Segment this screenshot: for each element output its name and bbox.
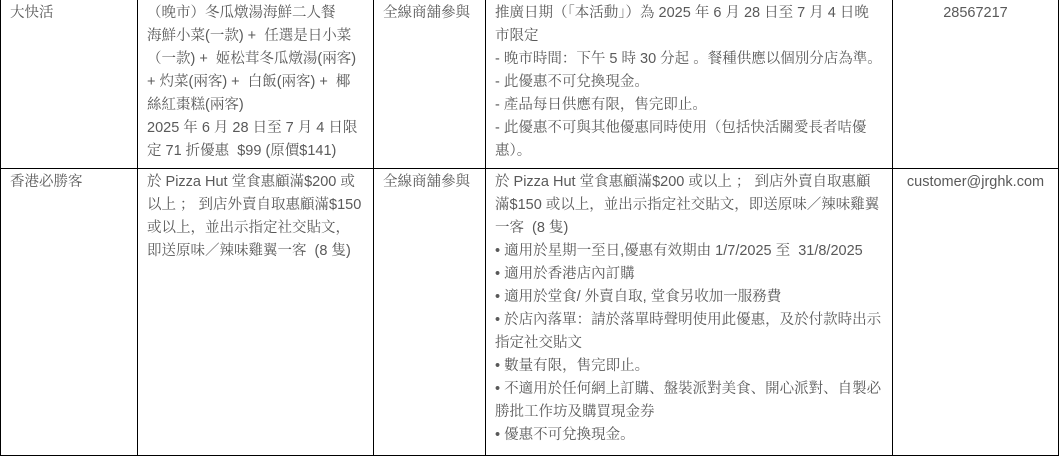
paragraph: • 優惠不可兌換現金。: [495, 424, 883, 447]
paragraph: • 適用於香港店內訂購: [495, 263, 883, 286]
paragraph: 於 Pizza Hut 堂食惠顧滿$200 或以上 ； 到店外賣自取惠顧滿$15…: [147, 171, 364, 263]
cell-terms-and-conditions: 推廣日期（「本活動」）為 2025 年 6 月 28 日至 7 月 4 日晚市限…: [486, 0, 893, 168]
paragraph: 海鮮小菜(一款) + 任選是日小菜（一款) + 姬松茸冬瓜燉湯(兩客) + 灼菜…: [147, 25, 364, 117]
table-row: 香港必勝客於 Pizza Hut 堂食惠顧滿$200 或以上 ； 到店外賣自取惠…: [1, 168, 1059, 455]
table-body: 大快活（晚市）冬瓜燉湯海鮮二人餐海鮮小菜(一款) + 任選是日小菜（一款) + …: [1, 0, 1059, 455]
paragraph: customer@jrghk.com: [902, 171, 1049, 194]
cell-merchant-name: 大快活: [1, 0, 138, 168]
cell-terms-and-conditions: 於 Pizza Hut 堂食惠顧滿$200 或以上 ； 到店外賣自取惠顧滿$15…: [486, 168, 893, 455]
paragraph: 28567217: [902, 2, 1049, 25]
table-row: 大快活（晚市）冬瓜燉湯海鮮二人餐海鮮小菜(一款) + 任選是日小菜（一款) + …: [1, 0, 1059, 168]
paragraph: • 於店內落單：請於落單時聲明使用此優惠，及於付款時出示指定社交貼文: [495, 309, 883, 355]
paragraph: • 適用於堂食/ 外賣自取, 堂食另收加一服務費: [495, 286, 883, 309]
cell-participating-stores: 全線商舖參與: [374, 168, 486, 455]
paragraph: - 此優惠不可與其他優惠同時使用（包括快活關愛長者咭優惠）。: [495, 117, 883, 163]
paragraph: 於 Pizza Hut 堂食惠顧滿$200 或以上 ； 到店外賣自取惠顧滿$15…: [495, 171, 883, 240]
cell-contact: 28567217: [893, 0, 1059, 168]
cell-participating-stores: 全線商舖參與: [374, 0, 486, 168]
paragraph: 全線商舖參與: [383, 171, 476, 194]
promotions-table: 大快活（晚市）冬瓜燉湯海鮮二人餐海鮮小菜(一款) + 任選是日小菜（一款) + …: [0, 0, 1059, 456]
paragraph: - 此優惠不可兌換現金。: [495, 71, 883, 94]
cell-contact: customer@jrghk.com: [893, 168, 1059, 455]
paragraph: • 適用於星期一至日,優惠有效期由 1/7/2025 至 31/8/2025: [495, 240, 883, 263]
paragraph: 香港必勝客: [10, 171, 128, 194]
cell-offer-description: 於 Pizza Hut 堂食惠顧滿$200 或以上 ； 到店外賣自取惠顧滿$15…: [138, 168, 374, 455]
paragraph: （晚市）冬瓜燉湯海鮮二人餐: [147, 2, 364, 25]
paragraph: • 不適用於任何網上訂購、盤裝派對美食、開心派對、自製必勝批工作坊及購買現金券: [495, 378, 883, 424]
paragraph: 大快活: [10, 2, 128, 25]
cell-merchant-name: 香港必勝客: [1, 168, 138, 455]
document-page: 大快活（晚市）冬瓜燉湯海鮮二人餐海鮮小菜(一款) + 任選是日小菜（一款) + …: [0, 0, 1059, 457]
paragraph: 推廣日期（「本活動」）為 2025 年 6 月 28 日至 7 月 4 日晚市限…: [495, 2, 883, 48]
paragraph: • 數量有限，售完即止。: [495, 355, 883, 378]
paragraph: - 晚市時間：下午 5 時 30 分起 。餐種供應以個別分店為準。: [495, 48, 883, 71]
paragraph: - 產品每日供應有限，售完即止。: [495, 94, 883, 117]
paragraph: 全線商舖參與: [383, 2, 476, 25]
cell-offer-description: （晚市）冬瓜燉湯海鮮二人餐海鮮小菜(一款) + 任選是日小菜（一款) + 姬松茸…: [138, 0, 374, 168]
paragraph: 2025 年 6 月 28 日至 7 月 4 日限定 71 折優惠 $99 (原…: [147, 117, 364, 163]
